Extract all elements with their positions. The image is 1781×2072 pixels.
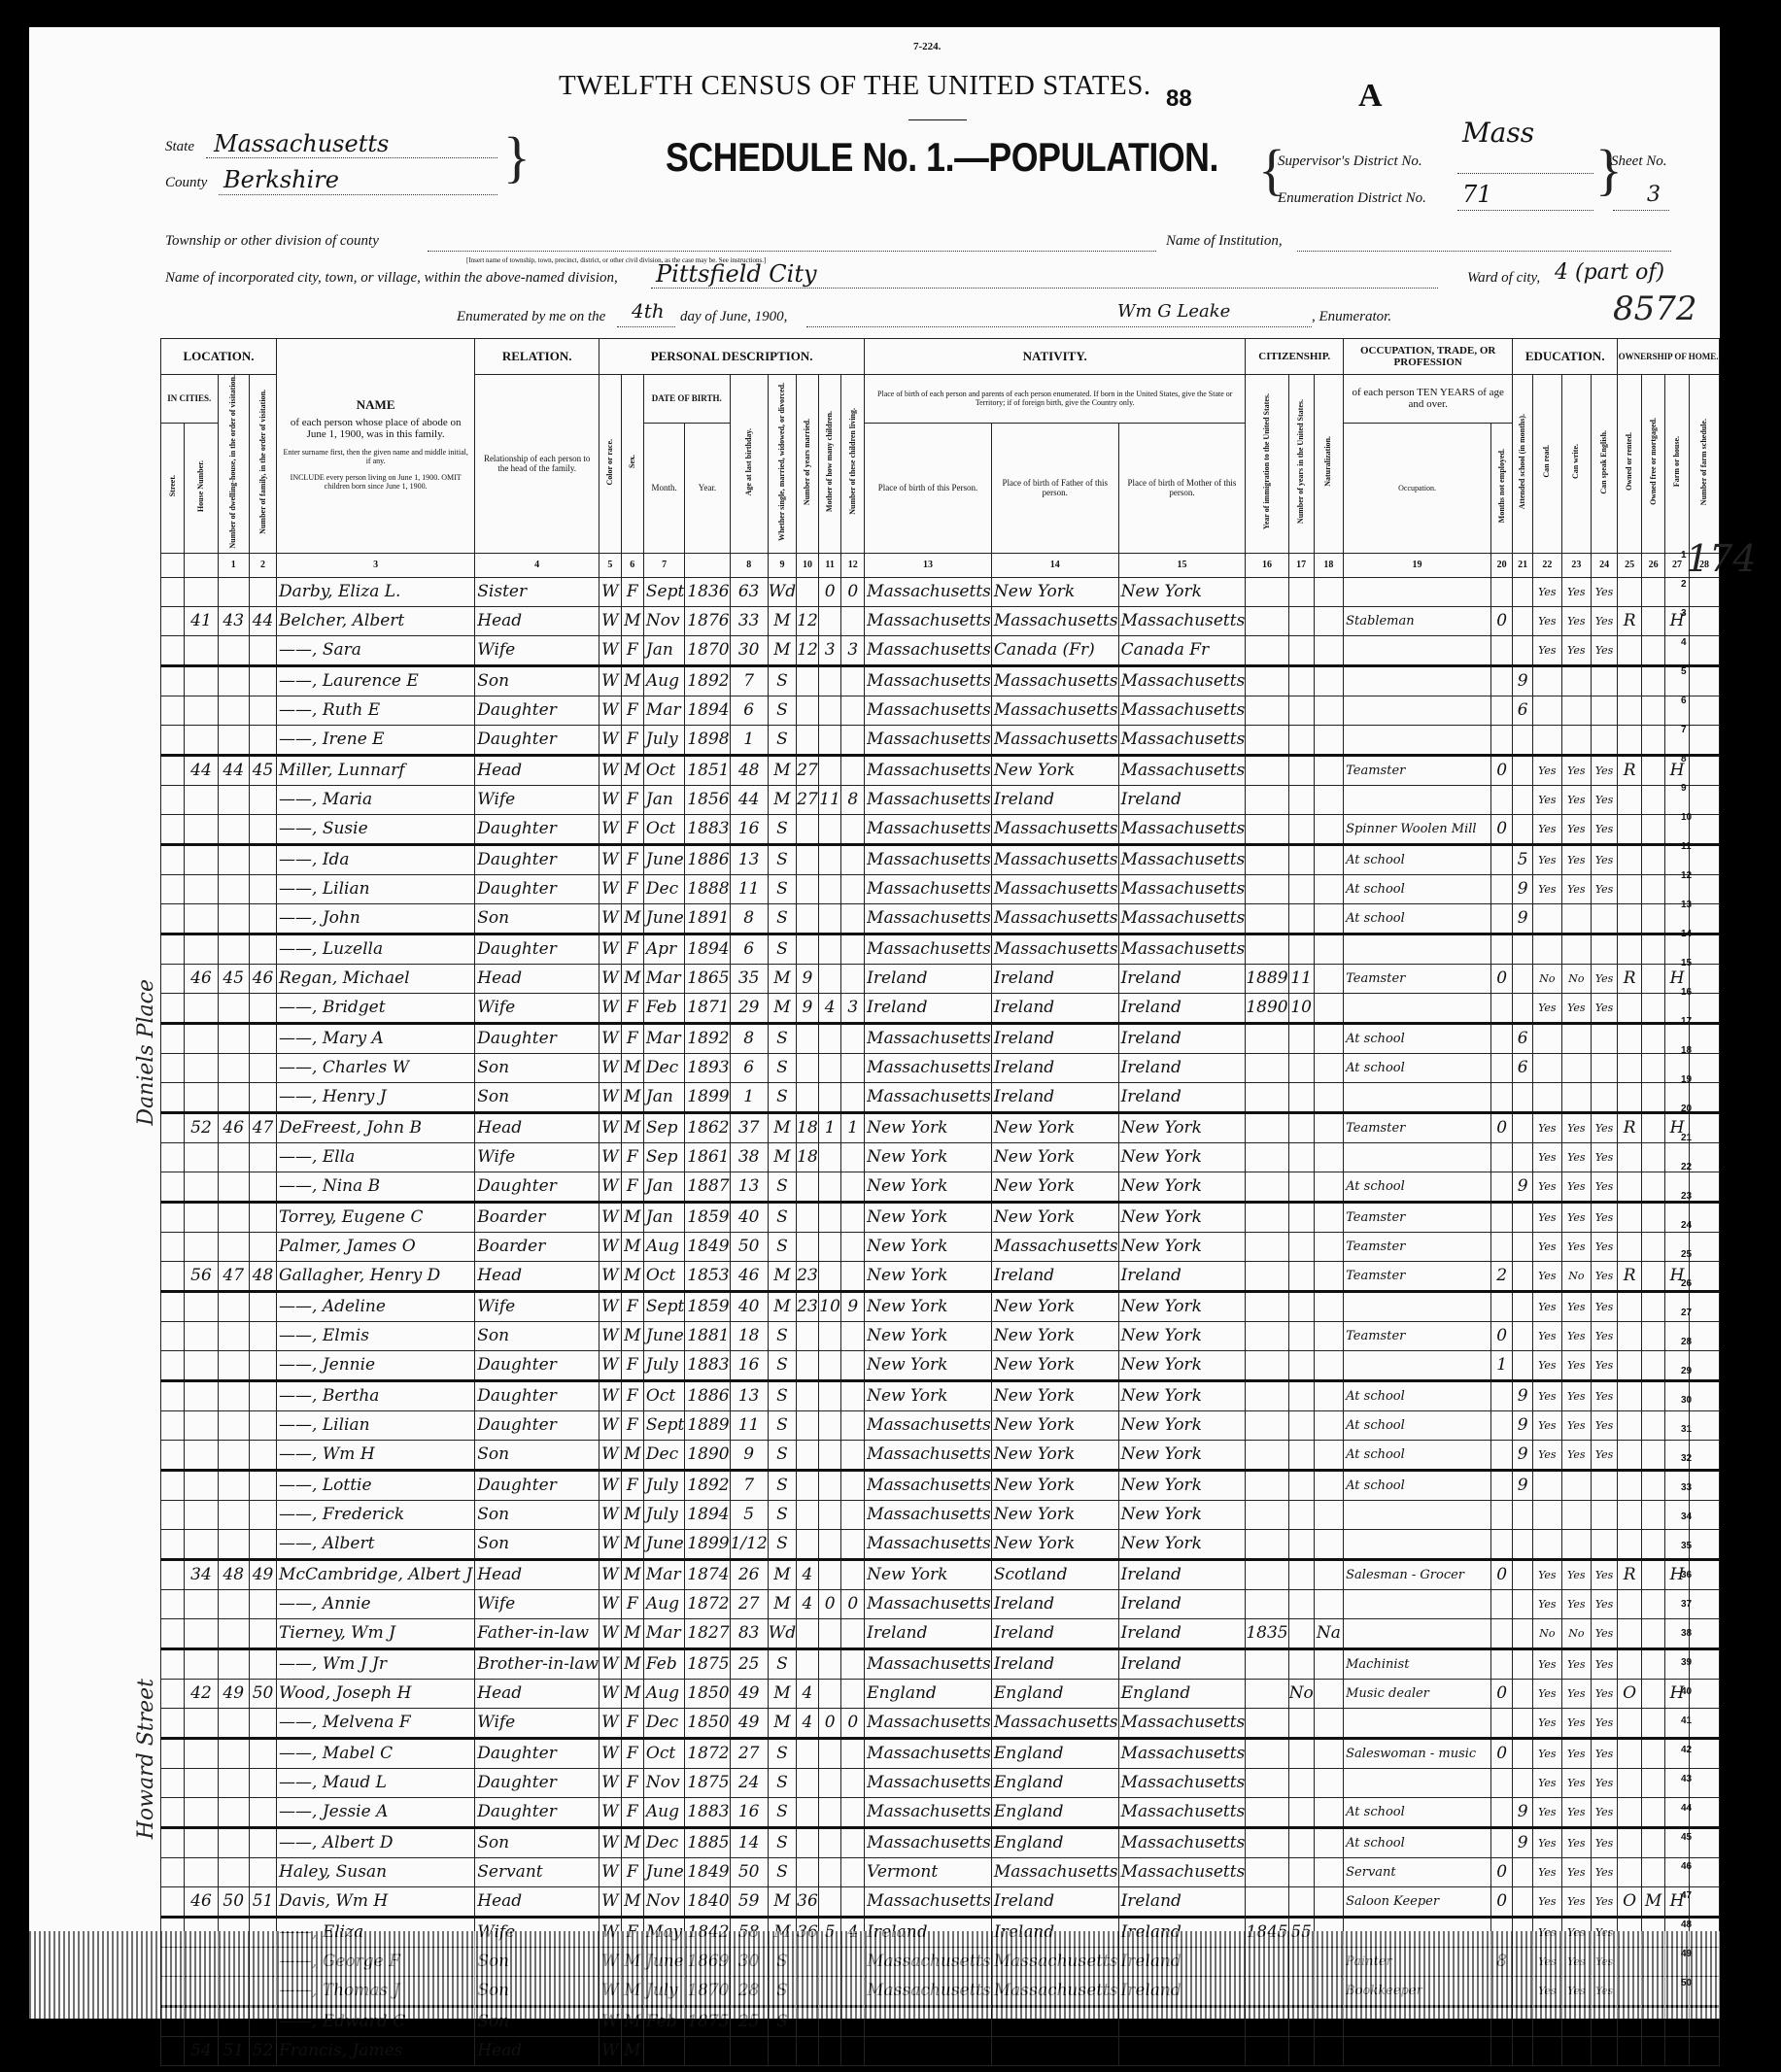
cell-liv [841,1410,865,1440]
cell-fam [249,1410,276,1440]
cell-street [161,1350,185,1380]
cell-fam [249,1648,276,1679]
cell-fam [249,1082,276,1112]
cell-street [161,1738,185,1768]
cell-bm: England [1118,1679,1246,1708]
cell-sch: 6 [1513,1023,1533,1053]
header-owned-rented: Owned or rented. [1618,375,1642,554]
cell-nat [1314,1321,1343,1350]
cell-mar: S [768,1232,796,1261]
cell-liv [841,2036,865,2065]
column-number: 21 [1513,553,1533,577]
cell-name: ——, Ida [277,844,475,874]
cell-speak [1592,1023,1618,1053]
cell-fam [249,1857,276,1886]
cell-sch [1513,1261,1533,1291]
cell-mar: S [768,844,796,874]
cell-year: 1894 [685,934,730,964]
header-free-mortgaged: Owned free or mortgaged. [1642,375,1665,554]
cell-unemp [1490,1618,1512,1648]
cell-speak [1592,903,1618,934]
cell-bm: Canada Fr [1118,635,1246,665]
cell-unemp [1490,1172,1512,1202]
cell-unemp: 0 [1490,814,1512,844]
header-month: Month. [643,423,684,553]
cell-speak [1592,1529,1618,1559]
header-farm-schedule: Number of farm schedule. [1689,375,1719,554]
cell-month: Feb [643,1648,684,1679]
cell-unemp [1490,1470,1512,1500]
cell-unemp [1490,1827,1512,1857]
cell-age: 13 [730,1172,768,1202]
row-number: 33 [1681,1482,1692,1493]
cell-year: 1893 [685,1053,730,1082]
row-number: 27 [1681,1308,1692,1318]
cell-imm [1246,2036,1288,2065]
cell-sch [1513,1768,1533,1797]
cell-mar: S [768,1738,796,1768]
cell-own [1618,635,1642,665]
cell-bm: New York [1118,1321,1246,1350]
cell-liv [841,1618,865,1648]
cell-imm [1246,1380,1288,1410]
header-relation-text: RELATION. [475,349,599,364]
cell-color: W [599,577,622,606]
ward-value: 4 (part of) [1555,260,1664,285]
cell-sched [1689,635,1719,665]
cell-occ: Music dealer [1344,1679,1491,1708]
column-number: 6 [621,553,643,577]
cell-moth [818,696,841,725]
cell-yrs [1288,844,1314,874]
cell-age: 6 [730,1053,768,1082]
cell-yrs [1288,1589,1314,1618]
cell-yrs [1288,1559,1314,1589]
cell-imm [1246,903,1288,934]
header-immigration: Year of immigration to the United States… [1246,375,1288,554]
row-number: 47 [1681,1890,1692,1901]
cell-unemp [1490,1082,1512,1112]
cell-house [185,934,218,964]
cell-year: 1865 [685,964,730,993]
cell-fam [249,844,276,874]
header-birth-father-text: Place of birth of Father of this person. [992,478,1118,497]
cell-color: W [599,1738,622,1768]
cell-bf: Massachusetts [991,814,1118,844]
cell-sched [1689,725,1719,755]
cell-unemp [1490,1708,1512,1738]
cell-ym [797,1738,819,1768]
header-free-mortgaged-text: Owned free or mortgaged. [1650,418,1658,505]
cell-ym [797,1082,819,1112]
cell-bm: Massachusetts [1118,1797,1246,1827]
column-number: 14 [991,553,1118,577]
cell-dw: 49 [218,1679,249,1708]
row-number: 16 [1681,987,1692,998]
cell-occ [1344,1350,1491,1380]
cell-name: ——, Maud L [277,1768,475,1797]
cell-yrs [1288,1082,1314,1112]
cell-ym [797,1618,819,1648]
cell-sex: M [621,2036,643,2065]
header-birth-mother: Place of birth of Mother of this person. [1118,423,1246,553]
cell-liv [841,1380,865,1410]
cell-bp: Massachusetts [865,1023,992,1053]
cell-dw [218,1410,249,1440]
cell-bm: Massachusetts [1118,814,1246,844]
census-row: ——, Henry JSonWMJan18991SMassachusettsIr… [161,1082,1720,1112]
cell-fam [249,1500,276,1529]
cell-ym: 4 [797,1559,819,1589]
cell-sex: F [621,1291,643,1321]
schedule-title: SCHEDULE No. 1.—POPULATION. [666,134,1218,181]
cell-free [1642,1708,1665,1738]
cell-speak: Yes [1592,1202,1618,1232]
census-row: ——, LottieDaughterWFJuly18927SMassachuse… [161,1470,1720,1500]
cell-rel: Brother-in-law [475,1648,599,1679]
cell-year: 1899 [685,1529,730,1559]
cell-own [1618,1857,1642,1886]
cell-read: Yes [1533,1261,1562,1291]
cell-moth [818,1410,841,1440]
cell-ym [797,1648,819,1679]
cell-sched [1689,1679,1719,1708]
cell-yrs [1288,1738,1314,1768]
cell-unemp [1490,1023,1512,1053]
cell-ym [797,696,819,725]
cell-name: Haley, Susan [277,1857,475,1886]
cell-sch [1513,1202,1533,1232]
cell-speak: Yes [1592,1291,1618,1321]
cell-sch [1513,1112,1533,1142]
cell-color: W [599,1053,622,1082]
cell-imm [1246,1202,1288,1232]
cell-color: W [599,1232,622,1261]
cell-speak: Yes [1592,606,1618,635]
cell-rel: Son [475,1529,599,1559]
cell-own [1618,665,1642,696]
cell-liv [841,1023,865,1053]
cell-name: Tierney, Wm J [277,1618,475,1648]
cell-occ [1344,725,1491,755]
cell-moth [818,1082,841,1112]
cell-sched [1689,1768,1719,1797]
column-number [185,553,218,577]
cell-yrs [1288,934,1314,964]
cell-moth: 11 [818,785,841,814]
cell-fam [249,785,276,814]
cell-bp: New York [865,1112,992,1142]
cell-ym [797,934,819,964]
cell-sex: M [621,1679,643,1708]
cell-nat [1314,903,1343,934]
census-row: ——, Wm HSonWMDec18909SMassachusettsNew Y… [161,1440,1720,1470]
cell-house [185,1708,218,1738]
cell-rel: Daughter [475,1470,599,1500]
cell-street [161,934,185,964]
cell-year: 1850 [685,1679,730,1708]
cell-house [185,1768,218,1797]
cell-moth [818,1350,841,1380]
cell-fam [249,1708,276,1738]
cell-name: ——, Jennie [277,1350,475,1380]
cell-ym: 9 [797,993,819,1023]
cell-color: W [599,1886,622,1917]
cell-free [1642,844,1665,874]
cell-read: Yes [1533,1857,1562,1886]
cell-free [1642,696,1665,725]
census-row: 424950Wood, Joseph HHeadWMAug185049M4Eng… [161,1679,1720,1708]
cell-unemp: 0 [1490,1679,1512,1708]
cell-year: 1827 [685,1618,730,1648]
cell-rel: Daughter [475,1380,599,1410]
cell-own [1618,1321,1642,1350]
cell-own [1618,1440,1642,1470]
cell-fam [249,665,276,696]
cell-color: W [599,1202,622,1232]
row-number: 11 [1681,841,1692,852]
cell-speak: Yes [1592,1708,1618,1738]
cell-month: Oct [643,1380,684,1410]
cell-sched [1689,577,1719,606]
cell-fam [249,1172,276,1202]
cell-occ: Teamster [1344,964,1491,993]
cell-year: 1881 [685,1321,730,1350]
cell-moth [818,1172,841,1202]
row-number: 19 [1681,1074,1692,1085]
census-row: ——, AnnieWifeWFAug187227M400Massachusett… [161,1589,1720,1618]
cell-sched [1689,1380,1719,1410]
cell-sex: M [621,1112,643,1142]
cell-bm: New York [1118,1500,1246,1529]
cell-bp: Massachusetts [865,1827,992,1857]
cell-yrs [1288,874,1314,903]
cell-bp: Massachusetts [865,1440,992,1470]
cell-yrs [1288,2036,1314,2065]
cell-write: Yes [1561,1827,1591,1857]
cell-bf: Ireland [991,1589,1118,1618]
cell-speak: Yes [1592,635,1618,665]
cell-fam [249,635,276,665]
cell-color: W [599,1380,622,1410]
census-row: ——, JennieDaughterWFJuly188316SNew YorkN… [161,1350,1720,1380]
header-farm-schedule-text: Number of farm schedule. [1700,419,1708,505]
cell-fam: 45 [249,755,276,785]
cell-bp: Ireland [865,964,992,993]
row-number: 3 [1681,608,1687,619]
cell-bp: Massachusetts [865,1082,992,1112]
cell-house [185,665,218,696]
cell-nat [1314,785,1343,814]
census-row: ——, Maud LDaughterWFNov187524SMassachuse… [161,1768,1720,1797]
supervisor-value: Mass [1462,117,1534,149]
cell-sch [1513,1679,1533,1708]
cell-dw [218,1350,249,1380]
cell-speak: Yes [1592,1827,1618,1857]
cell-street [161,1112,185,1142]
street-note-2: Howard Street [134,1679,158,1839]
cell-house [185,1142,218,1172]
cell-house [185,1589,218,1618]
enum-district-label: Enumeration District No. [1278,190,1426,207]
cell-imm [1246,1589,1288,1618]
cell-moth: 10 [818,1291,841,1321]
cell-rel: Son [475,665,599,696]
header-attended-school: Attended school (in months). [1513,375,1533,554]
cell-name: ——, Albert [277,1529,475,1559]
cell-month: Jan [643,635,684,665]
header-citizenship: CITIZENSHIP. [1246,339,1344,375]
state-line [206,157,497,158]
cell-house [185,785,218,814]
cell-free [1642,577,1665,606]
row-number: 15 [1681,958,1692,968]
cell-year: 1871 [685,993,730,1023]
cell-fam [249,1321,276,1350]
header-years-married-text: Number of years married. [804,419,811,505]
cell-ym: 18 [797,1142,819,1172]
stamp-number: 88 [1166,85,1192,113]
cell-rel: Daughter [475,696,599,725]
cell-unemp: 0 [1490,1321,1512,1350]
cell-fam [249,725,276,755]
cell-age: 40 [730,1202,768,1232]
census-row: ——, Jessie ADaughterWFAug188316SMassachu… [161,1797,1720,1827]
cell-house [185,993,218,1023]
cell-bp: Massachusetts [865,934,992,964]
cell-street [161,1618,185,1648]
cell-moth: 4 [818,993,841,1023]
cell-write [1561,725,1591,755]
cell-age: 24 [730,1768,768,1797]
cell-nat [1314,1291,1343,1321]
cell-fam: 46 [249,964,276,993]
cell-bp: Massachusetts [865,1410,992,1440]
cell-bf: Ireland [991,993,1118,1023]
cell-sched [1689,993,1719,1023]
cell-moth [818,755,841,785]
cell-occ: Teamster [1344,1321,1491,1350]
cell-bf: Massachusetts [991,1232,1118,1261]
cell-sch: 9 [1513,1797,1533,1827]
cell-liv [841,903,865,934]
row-number: 34 [1681,1512,1692,1522]
census-row: ——, Albert DSonWMDec188514SMassachusetts… [161,1827,1720,1857]
cell-free [1642,1261,1665,1291]
cell-rel: Wife [475,1708,599,1738]
cell-dw [218,1797,249,1827]
cell-house [185,1410,218,1440]
cell-house [185,1291,218,1321]
cell-unemp [1490,1500,1512,1529]
cell-ym: 36 [797,1886,819,1917]
cell-age: 48 [730,755,768,785]
row-number: 35 [1681,1541,1692,1551]
header-owned-rented-text: Owned or rented. [1626,432,1633,491]
cell-year: 1883 [685,1797,730,1827]
cell-year: 1876 [685,606,730,635]
cell-moth [818,1202,841,1232]
cell-write [1561,1053,1591,1082]
cell-year: 1862 [685,1112,730,1142]
cell-unemp [1490,903,1512,934]
cell-ym: 27 [797,785,819,814]
cell-year: 1849 [685,1857,730,1886]
cell-own [1618,903,1642,934]
cell-moth [818,1768,841,1797]
cell-free [1642,1589,1665,1618]
cell-read [1533,1082,1562,1112]
cell-own: R [1618,1261,1642,1291]
cell-occ: Spinner Woolen Mill [1344,814,1491,844]
row-number: 1 [1681,550,1687,560]
header-name-text: NAME [277,397,474,413]
cell-ym: 18 [797,1112,819,1142]
cell-age: 29 [730,993,768,1023]
cell-street [161,1142,185,1172]
cell-moth [818,814,841,844]
header-dob: DATE OF BIRTH. [643,375,730,424]
cell-bp: Massachusetts [865,1708,992,1738]
column-number: 17 [1288,553,1314,577]
column-number: 2 [249,553,276,577]
cell-nat [1314,1559,1343,1589]
header-nativity-desc: Place of birth of each person and parent… [865,375,1246,424]
cell-bf: New York [991,1500,1118,1529]
cell-own [1618,844,1642,874]
cell-age: 9 [730,1440,768,1470]
cell-sched [1689,1589,1719,1618]
cell-yrs [1288,1023,1314,1053]
cell-bp: Massachusetts [865,1500,992,1529]
cell-street [161,1172,185,1202]
cell-month: Jan [643,1082,684,1112]
cell-street [161,1857,185,1886]
cell-own [1618,1708,1642,1738]
cell-write: Yes [1561,1142,1591,1172]
cell-imm [1246,844,1288,874]
cell-color: W [599,1172,622,1202]
cell-bm: Massachusetts [1118,844,1246,874]
sheet-letter: A [1358,78,1383,115]
cell-rel: Father-in-law [475,1618,599,1648]
cell-rel: Daughter [475,1738,599,1768]
cell-sex: F [621,1023,643,1053]
cell-own [1618,1053,1642,1082]
census-row: ——, Mabel CDaughterWFOct187227SMassachus… [161,1738,1720,1768]
cell-yrs [1288,1142,1314,1172]
cell-bf: Massachusetts [991,725,1118,755]
cell-sched [1689,2036,1719,2065]
column-number: 1 [218,553,249,577]
cell-year: 1870 [685,635,730,665]
cell-sched [1689,1112,1719,1142]
cell-ym: 12 [797,635,819,665]
cell-write: Yes [1561,1440,1591,1470]
cell-bf: Ireland [991,1618,1118,1648]
row-number: 49 [1681,1949,1692,1959]
cell-sched [1689,1827,1719,1857]
cell-yrs [1288,1261,1314,1291]
cell-dw [218,1380,249,1410]
census-row: 444445Miller, LunnarfHeadWMOct185148M27M… [161,755,1720,785]
cell-speak [1592,1470,1618,1500]
header-children-living: Number of these children living. [841,375,865,554]
cell-rel: Daughter [475,1023,599,1053]
cell-rel: Wife [475,1291,599,1321]
cell-dw [218,903,249,934]
cell-mar: Wd [768,1618,796,1648]
